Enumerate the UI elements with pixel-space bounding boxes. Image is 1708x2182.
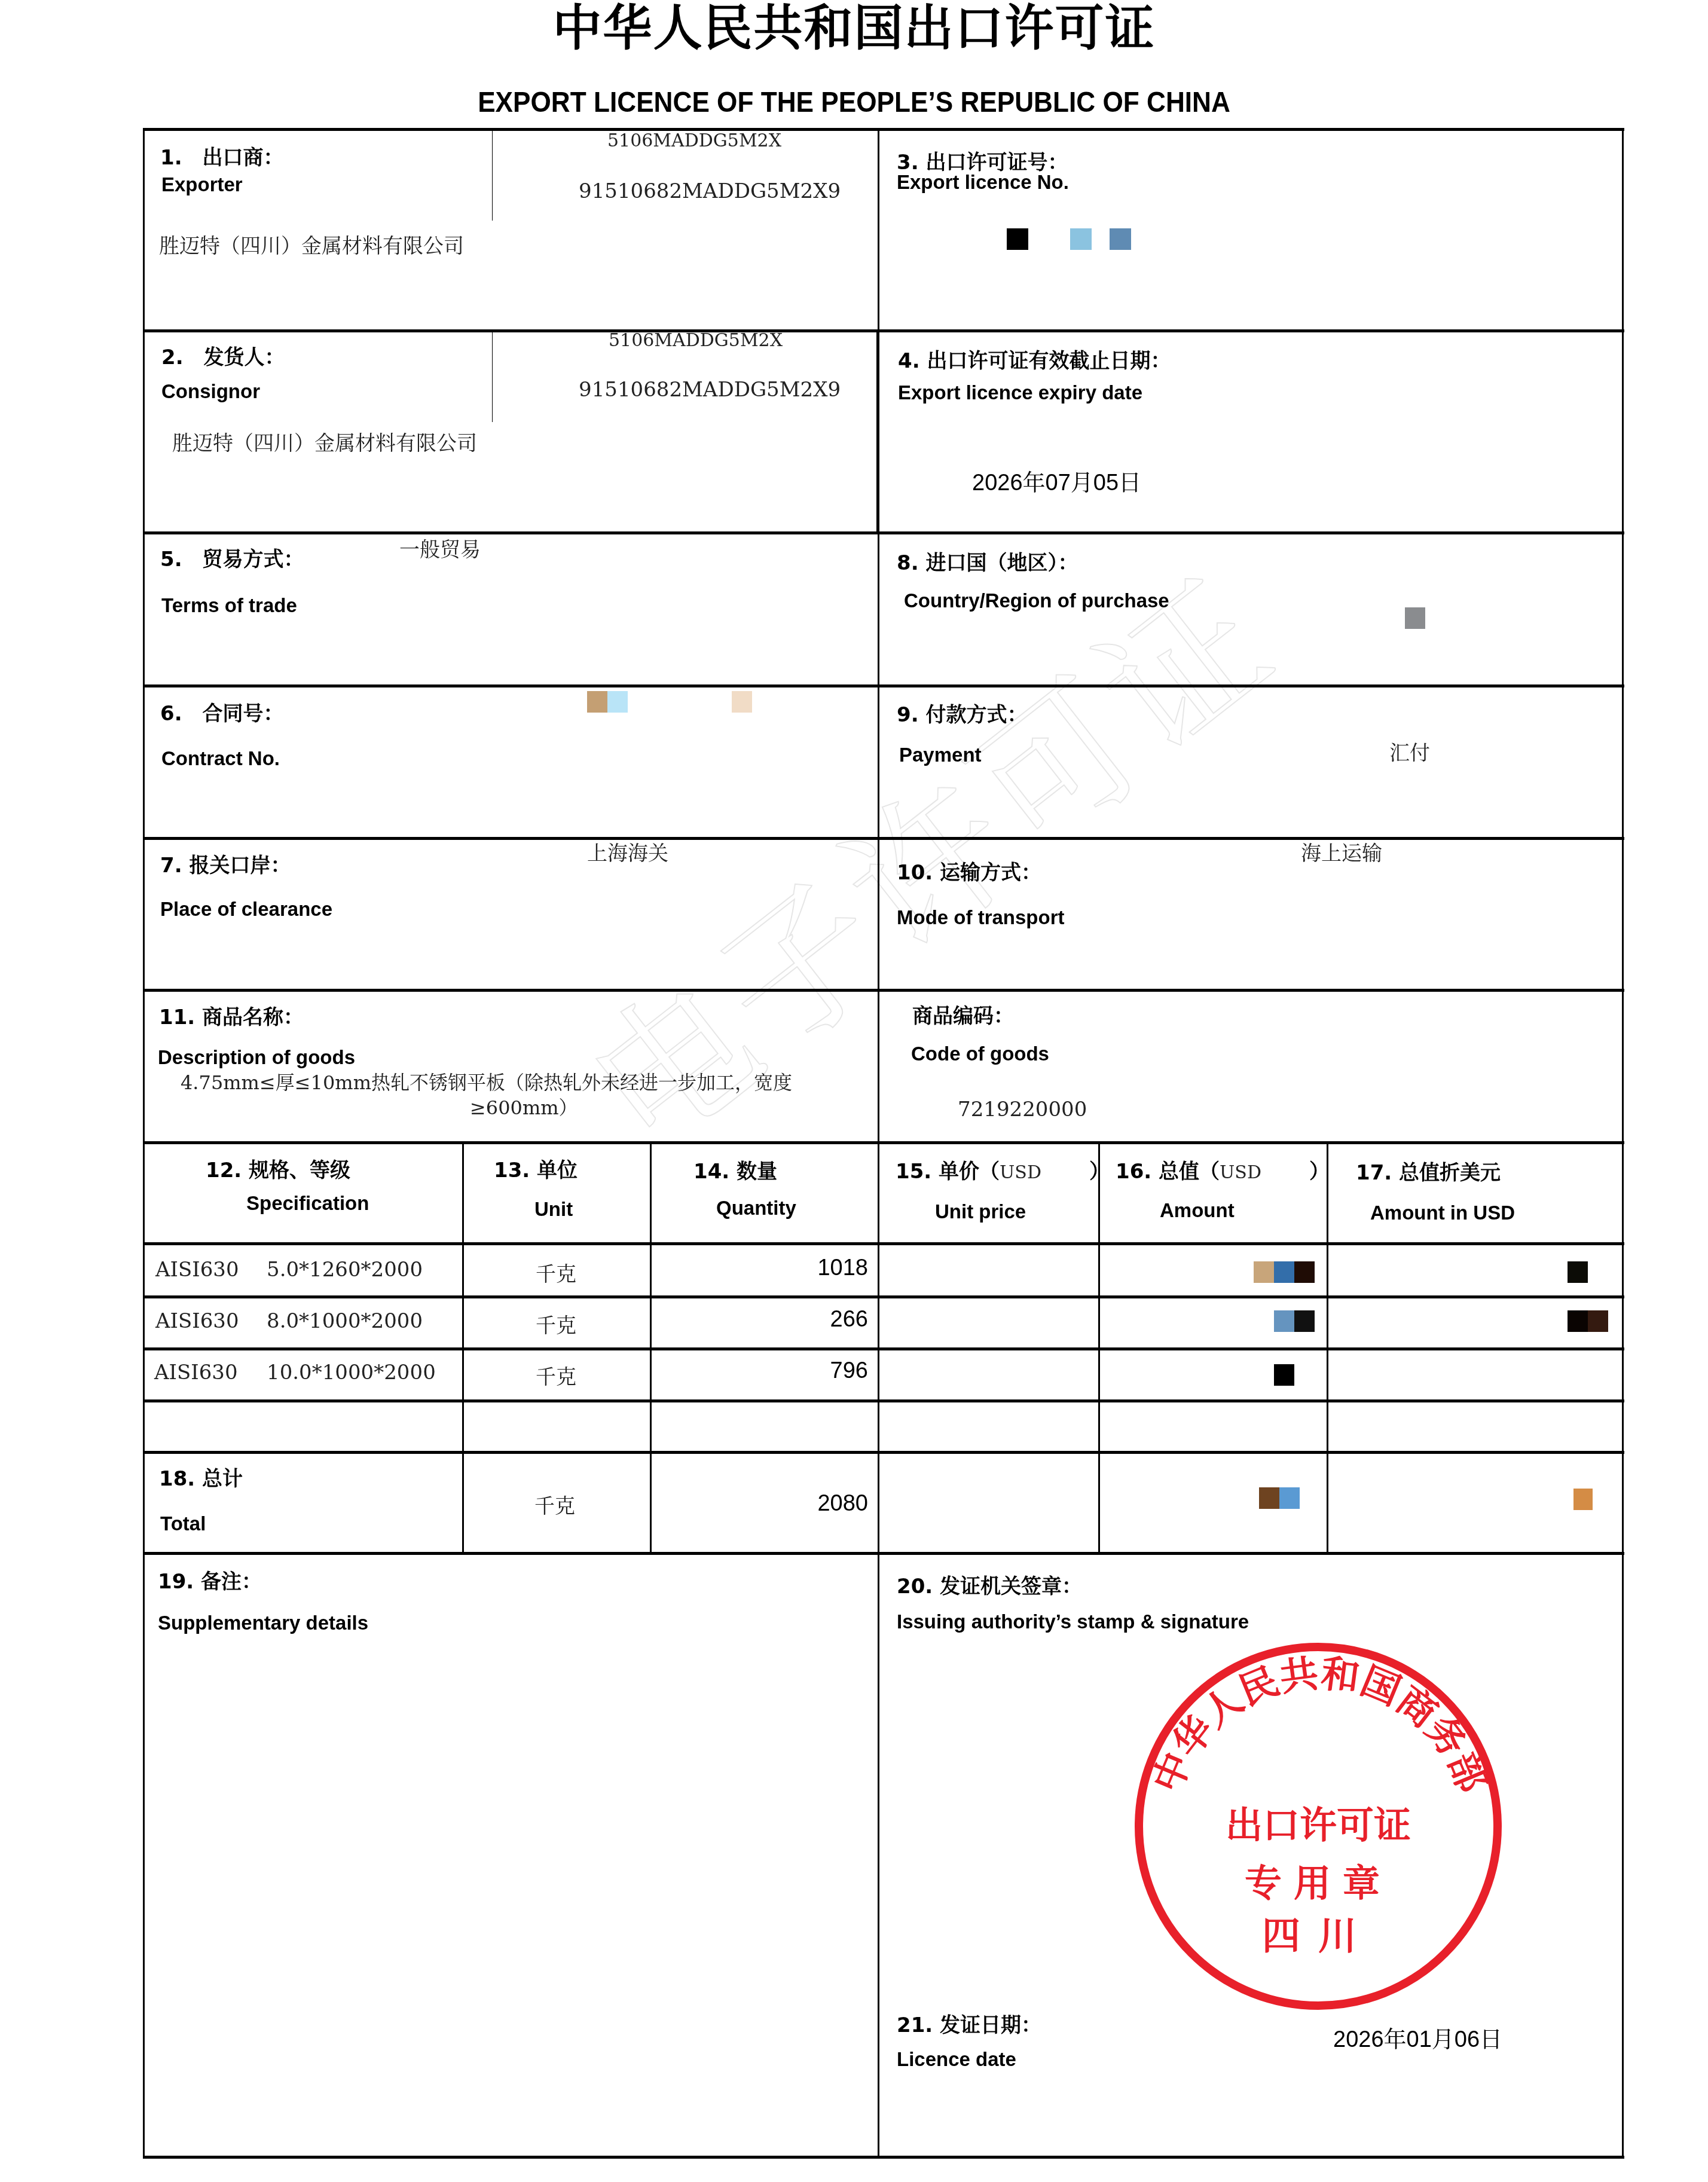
goods-code-label-cn: 商品编码： xyxy=(912,1000,1014,1029)
row-quantity: 796 xyxy=(658,1358,868,1384)
column-header-specification-en: Specification xyxy=(246,1192,369,1215)
transport-value: 海上运输 xyxy=(1301,837,1382,866)
column-header-specification-cn: 12. 规格、等级 xyxy=(206,1154,350,1183)
payment-label-en: Payment xyxy=(899,744,982,766)
issuing-authority-label-en: Issuing authority’s stamp & signature xyxy=(897,1610,1249,1633)
row-size: 5.0*1260*2000 xyxy=(267,1258,423,1282)
licence-date-label-en: Licence date xyxy=(897,2048,1016,2071)
goods-description-line-1: 4.75mm≤厚≤10mm热轧不锈钢平板（除热轧外未经进一步加工，宽度 xyxy=(181,1068,792,1095)
exporter-label-cn: 1. 出口商： xyxy=(160,141,284,170)
total-label-en: Total xyxy=(160,1512,206,1535)
seal-center-line-1: 出口许可证 xyxy=(1226,1804,1411,1847)
goods-description-line-2: ≥600mm） xyxy=(470,1093,578,1120)
row-quantity: 266 xyxy=(658,1307,868,1333)
contract-number-label-cn: 6. 合同号： xyxy=(160,697,284,726)
column-header-quantity-en: Quantity xyxy=(716,1197,796,1220)
supplementary-label-en: Supplementary details xyxy=(158,1612,368,1634)
document-title-en: EXPORT LICENCE OF THE PEOPLE’S REPUBLIC … xyxy=(68,85,1639,121)
column-header-amount-cn: 16. 总值（USD） xyxy=(1116,1155,1330,1184)
country-value-redacted xyxy=(1405,607,1425,629)
transport-label-en: Mode of transport xyxy=(897,906,1064,929)
consignor-name: 胜迈特（四川）金属材料有限公司 xyxy=(172,427,477,456)
exporter-label-en: Exporter xyxy=(161,173,243,196)
total-label-cn: 18. 总计 xyxy=(159,1462,243,1492)
official-seal-stamp: 中华人民共和国商务部 出口许可证 专用章 四川 xyxy=(1130,1638,1507,2015)
expiry-date-value: 2026年07月05日 xyxy=(972,464,1141,497)
supplementary-label-cn: 19. 备注： xyxy=(158,1565,262,1594)
column-header-amount-en: Amount xyxy=(1160,1199,1235,1222)
exporter-code-1: 5106MADDG5M2X xyxy=(607,130,781,151)
row-grade: AISI630 xyxy=(154,1361,238,1385)
row-unit: 千克 xyxy=(536,1309,576,1338)
goods-description-label-cn: 11. 商品名称： xyxy=(159,1001,304,1030)
row-quantity: 1018 xyxy=(658,1255,868,1281)
place-of-clearance-label-en: Place of clearance xyxy=(160,898,332,921)
column-header-unit-en: Unit xyxy=(534,1198,573,1221)
column-header-amount-usd-cn: 17. 总值折美元 xyxy=(1356,1156,1501,1185)
row-unit: 千克 xyxy=(536,1361,576,1390)
column-header-unit-price-en: Unit price xyxy=(935,1200,1026,1223)
transport-label-cn: 10. 运输方式： xyxy=(897,856,1041,885)
issuing-authority-label-cn: 20. 发证机关签章： xyxy=(897,1570,1082,1599)
goods-code-value: 7219220000 xyxy=(958,1098,1087,1121)
consignor-label-cn: 2. 发货人： xyxy=(161,341,285,370)
exporter-name: 胜迈特（四川）金属材料有限公司 xyxy=(159,230,464,259)
consignor-code-1: 5106MADDG5M2X xyxy=(609,330,783,351)
row-grade: AISI630 xyxy=(155,1258,239,1282)
terms-of-trade-label-cn: 5. 贸易方式： xyxy=(160,543,304,572)
licence-date-value: 2026年01月06日 xyxy=(1333,2021,1502,2053)
row-unit: 千克 xyxy=(536,1258,576,1287)
goods-code-label-en: Code of goods xyxy=(911,1043,1049,1065)
contract-number-label-en: Contract No. xyxy=(161,747,280,770)
column-header-amount-usd-en: Amount in USD xyxy=(1370,1202,1515,1224)
licence-date-label-cn: 21. 发证日期： xyxy=(897,2009,1041,2038)
column-header-quantity-cn: 14. 数量 xyxy=(693,1155,777,1184)
row-grade: AISI630 xyxy=(155,1309,239,1333)
payment-value: 汇付 xyxy=(1389,736,1430,766)
expiry-label-en: Export licence expiry date xyxy=(898,381,1142,404)
svg-text:中华人民共和国商务部: 中华人民共和国商务部 xyxy=(1145,1652,1494,1799)
terms-of-trade-label-en: Terms of trade xyxy=(161,594,297,617)
seal-ring-text: 中华人民共和国商务部 xyxy=(1145,1652,1494,1799)
row-amount-redacted xyxy=(1274,1364,1294,1386)
column-header-unit-price-cn: 15. 单价（USD） xyxy=(896,1155,1110,1184)
seal-bottom-text: 四川 xyxy=(1262,1914,1374,1958)
licence-number-label-en: Export licence No. xyxy=(897,171,1069,194)
place-of-clearance-value: 上海海关 xyxy=(587,837,668,866)
country-label-cn: 8. 进口国（地区）： xyxy=(897,546,1078,576)
row-size: 8.0*1000*2000 xyxy=(267,1309,423,1333)
consignor-code-2: 91510682MADDG5M2X9 xyxy=(579,378,841,402)
terms-of-trade-value: 一般贸易 xyxy=(399,533,481,563)
total-unit: 千克 xyxy=(534,1490,575,1519)
total-quantity: 2080 xyxy=(658,1491,868,1517)
document-title-cn: 中华人民共和国出口许可证 xyxy=(0,0,1708,57)
column-header-unit-cn: 13. 单位 xyxy=(494,1154,578,1183)
exporter-code-2: 91510682MADDG5M2X9 xyxy=(579,179,841,203)
row-size: 10.0*1000*2000 xyxy=(267,1361,436,1385)
country-label-en: Country/Region of purchase xyxy=(904,589,1169,612)
seal-center-line-2: 专用章 xyxy=(1245,1862,1392,1905)
payment-label-cn: 9. 付款方式： xyxy=(897,698,1027,728)
expiry-label-cn: 4. 出口许可证有效截止日期： xyxy=(898,344,1171,374)
total-amount-usd-redacted xyxy=(1573,1489,1593,1510)
place-of-clearance-label-cn: 7. 报关口岸： xyxy=(160,849,291,878)
consignor-label-en: Consignor xyxy=(161,380,260,403)
row-amount-usd-redacted xyxy=(1568,1261,1588,1283)
goods-description-label-en: Description of goods xyxy=(158,1046,355,1069)
